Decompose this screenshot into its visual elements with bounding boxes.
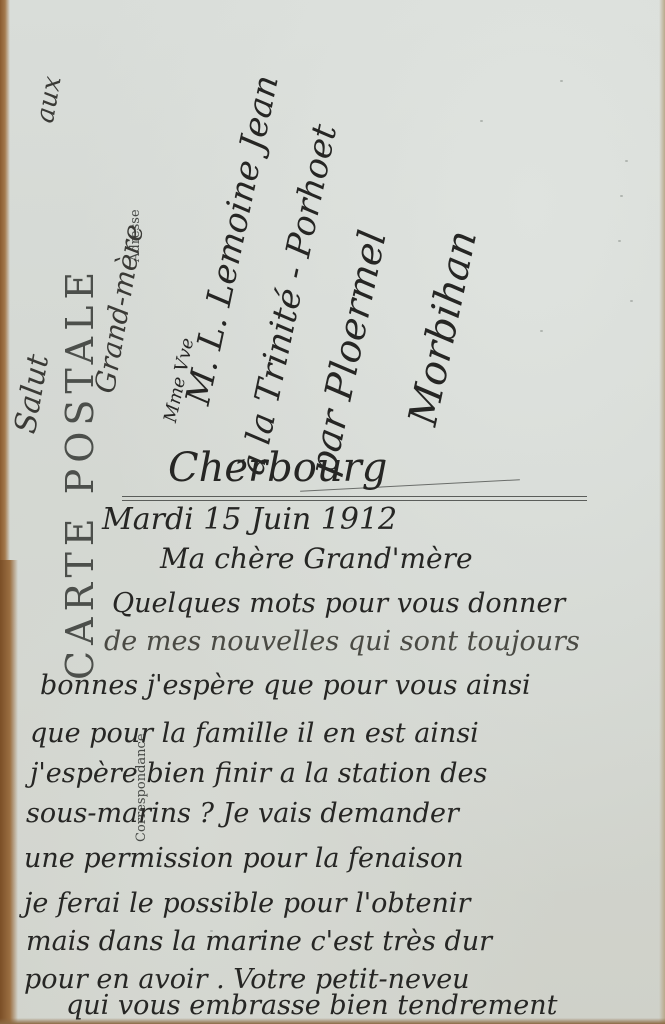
divider-line-top [122,496,587,497]
card-edge-right [659,0,665,1024]
paper-speck [630,300,633,302]
paper-speck [620,195,623,197]
paper-speck [480,120,483,122]
message-line: Quelques mots pour vous donner [112,590,565,617]
address-line-4: Morbihan [400,226,486,429]
message-line: mais dans la marine c'est très dur [26,928,492,955]
message-line: bonnes j'espère que pour vous ainsi [40,672,531,699]
message-salutation: Ma chère Grand'mère [160,545,473,573]
message-line: j'espère bien finir a la station des [30,760,487,787]
divider-line-bottom [122,500,587,501]
postcard-back: CARTE POSTALE Adresse Correspondance Mme… [0,0,665,1024]
message-line: de mes nouvelles qui sont toujours [104,628,580,655]
margin-note-2: aux [30,74,68,125]
message-place: Cherbourg [168,445,387,491]
card-edge-left-shadow [0,560,18,1024]
message-line: sous-marins ? Je vais demander [26,800,459,827]
margin-note-1: Salut [8,352,56,436]
message-line: que pour la famille il en est ainsi [30,720,479,747]
paper-speck [625,160,628,162]
printed-title: CARTE POSTALE [58,266,102,680]
message-line: je ferai le possible pour l'obtenir [24,890,470,917]
message-line: une permission pour la fenaison [24,845,464,872]
message-line: pour en avoir . Votre petit-neveu [24,966,470,993]
paper-speck [540,330,543,332]
paper-speck [618,240,621,242]
paper-speck [560,80,563,82]
message-line: qui vous embrasse bien tendrement [66,992,557,1019]
message-date: Mardi 15 Juin 1912 [102,505,397,535]
